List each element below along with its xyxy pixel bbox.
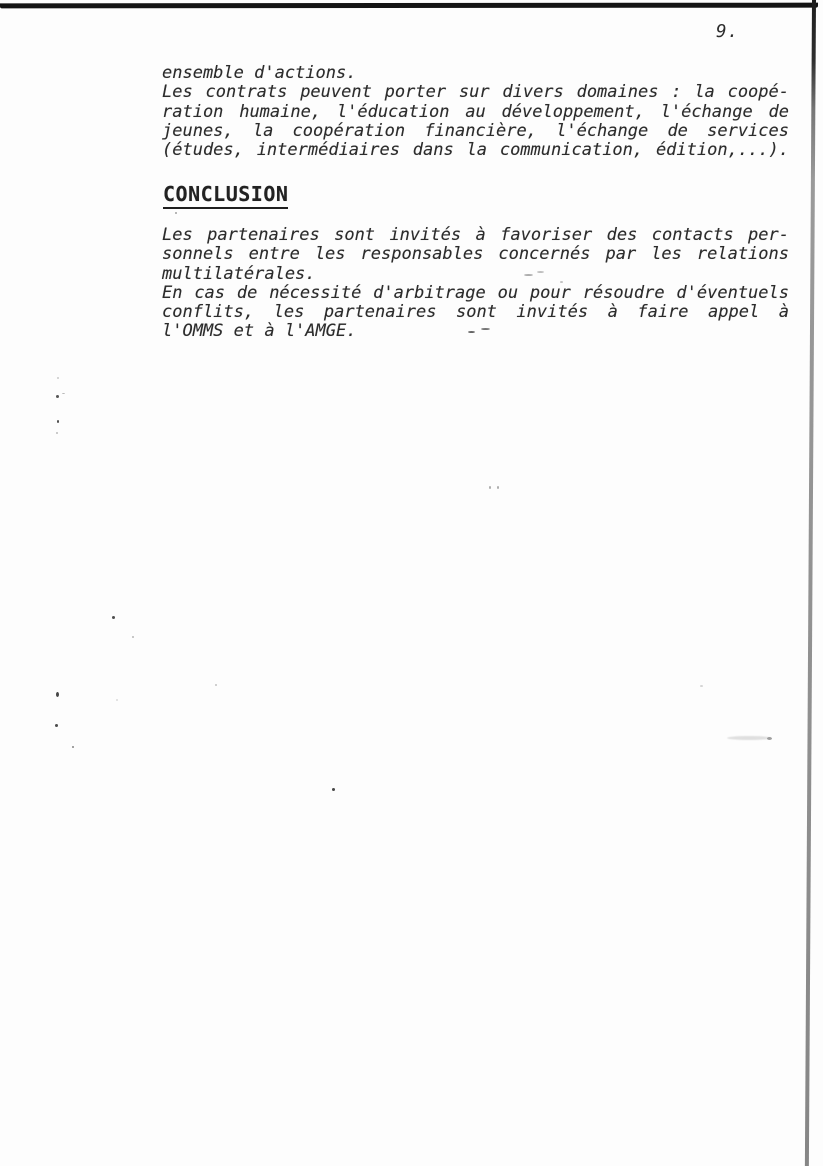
scanned-document-page: 9. ensemble d'actions. Les contrats peuv… xyxy=(0,0,823,1166)
scan-speck xyxy=(560,281,563,283)
scan-speck xyxy=(468,331,475,333)
scan-speck xyxy=(62,393,65,394)
scan-speck xyxy=(332,788,335,791)
intro-paragraph: ensemble d'actions. Les contrats peuvent… xyxy=(162,64,789,160)
text-line: ration humaine, l'éducation au développe… xyxy=(162,103,789,122)
text-line: ensemble d'actions. xyxy=(162,64,789,83)
text-line: Les partenaires sont invités à favoriser… xyxy=(162,226,789,245)
scan-speck xyxy=(56,432,58,434)
scan-speck xyxy=(767,737,772,740)
scan-speck xyxy=(72,746,74,748)
scan-speck xyxy=(700,685,703,687)
scan-speck xyxy=(727,736,771,740)
text-line: (études, intermédiaires dans la communic… xyxy=(162,141,789,160)
scan-speck xyxy=(481,328,490,330)
scan-speck xyxy=(497,486,499,489)
scan-speck xyxy=(175,212,177,214)
scan-speck xyxy=(489,486,491,489)
scan-speck xyxy=(55,724,58,727)
scan-edge-right xyxy=(805,0,816,1166)
scan-speck xyxy=(57,377,59,379)
scan-speck xyxy=(57,420,59,423)
text-line: conflits, les partenaires sont invités à… xyxy=(162,303,789,322)
scan-speck xyxy=(524,274,533,276)
text-line: Les contrats peuvent porter sur divers d… xyxy=(162,83,789,102)
scan-edge-top xyxy=(0,3,818,9)
text-line: jeunes, la coopération financière, l'éch… xyxy=(162,122,789,141)
scan-speck xyxy=(537,271,544,273)
page-number: 9. xyxy=(716,22,739,42)
text-line: l'OMMS et à l'AMGE. xyxy=(162,322,789,341)
scan-speck xyxy=(132,636,134,638)
scan-speck xyxy=(215,684,217,686)
scan-speck xyxy=(56,395,59,398)
scan-speck xyxy=(112,616,115,619)
scan-speck xyxy=(116,699,118,701)
text-line: En cas de nécessité d'arbitrage ou pour … xyxy=(162,284,789,303)
text-line: sonnels entre les responsables concernés… xyxy=(162,245,789,264)
scan-speck xyxy=(56,692,59,697)
text-line: multilatérales. xyxy=(162,265,789,284)
conclusion-paragraph: Les partenaires sont invités à favoriser… xyxy=(162,226,789,342)
conclusion-heading: CONCLUSION xyxy=(163,184,288,209)
